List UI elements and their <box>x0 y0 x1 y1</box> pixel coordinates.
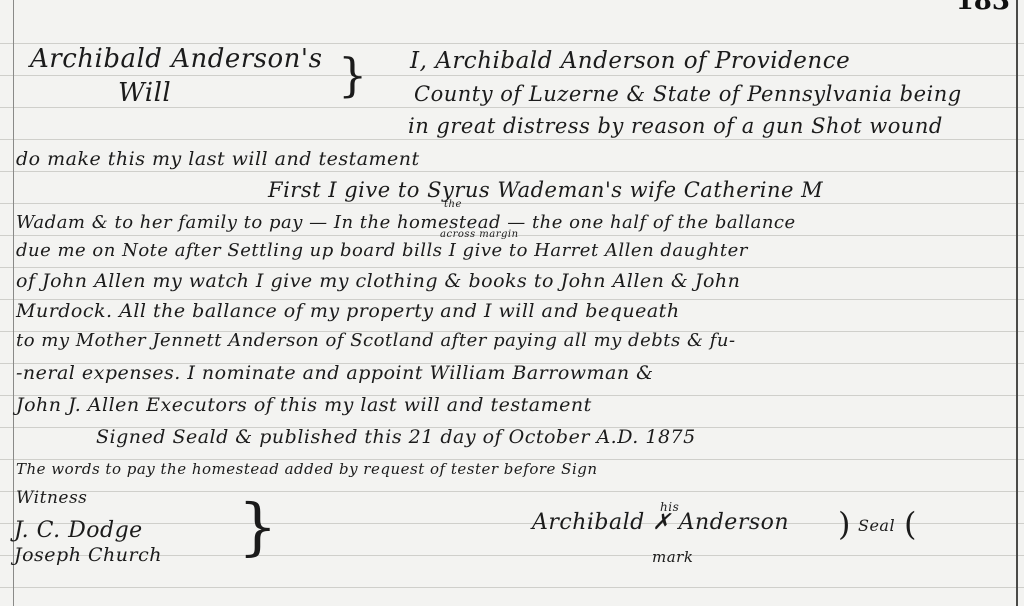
signature-name: Archibald ✗ Anderson <box>532 510 789 535</box>
body-line-11: The words to pay the homestead added by … <box>16 460 598 478</box>
heading-brace: } <box>338 52 367 98</box>
seal-bracket: ) <box>838 508 850 540</box>
heading-name: Archibald Anderson's <box>30 44 322 74</box>
heading-will: Will <box>118 78 171 108</box>
body-line-8: -neral expenses. I nominate and appoint … <box>16 362 654 384</box>
margin-line <box>13 0 14 606</box>
preamble-line-2: County of Luzerne & State of Pennsylvani… <box>414 82 962 106</box>
body-line-10: Signed Seald & published this 21 day of … <box>96 426 696 448</box>
seal-label: Seal <box>858 516 895 535</box>
page-edge <box>1016 0 1018 606</box>
body-line-9: John J. Allen Executors of this my last … <box>16 394 592 416</box>
page-number: 183 <box>956 0 1010 16</box>
preamble-line-1: I, Archibald Anderson of Providence <box>410 48 850 74</box>
will-page: 183 Archibald Anderson's Will } I, Archi… <box>0 0 1024 606</box>
witness-brace: } <box>238 496 277 558</box>
body-line-2: First I give to Syrus Wademan's wife Cat… <box>268 178 823 202</box>
body-line-6: Murdock. All the ballance of my property… <box>16 300 680 322</box>
body-line-4: due me on Note after Settling up board b… <box>16 240 748 261</box>
signature-mark: mark <box>652 548 693 566</box>
witness-1: J. C. Dodge <box>14 518 143 543</box>
body-line-7: to my Mother Jennett Anderson of Scotlan… <box>16 330 736 351</box>
body-line-5: of John Allen my watch I give my clothin… <box>16 270 740 292</box>
witness-label: Witness <box>16 488 87 508</box>
interlineation-margin: across margin <box>440 229 519 240</box>
body-line-3: Wadam & to her family to pay — In the ho… <box>16 212 796 233</box>
body-line-1: do make this my last will and testament <box>16 148 420 170</box>
seal-bracket-right: ( <box>904 508 916 540</box>
interlineation-the: the <box>444 199 462 210</box>
witness-2: Joseph Church <box>14 544 162 566</box>
preamble-line-3: in great distress by reason of a gun Sho… <box>408 114 943 138</box>
